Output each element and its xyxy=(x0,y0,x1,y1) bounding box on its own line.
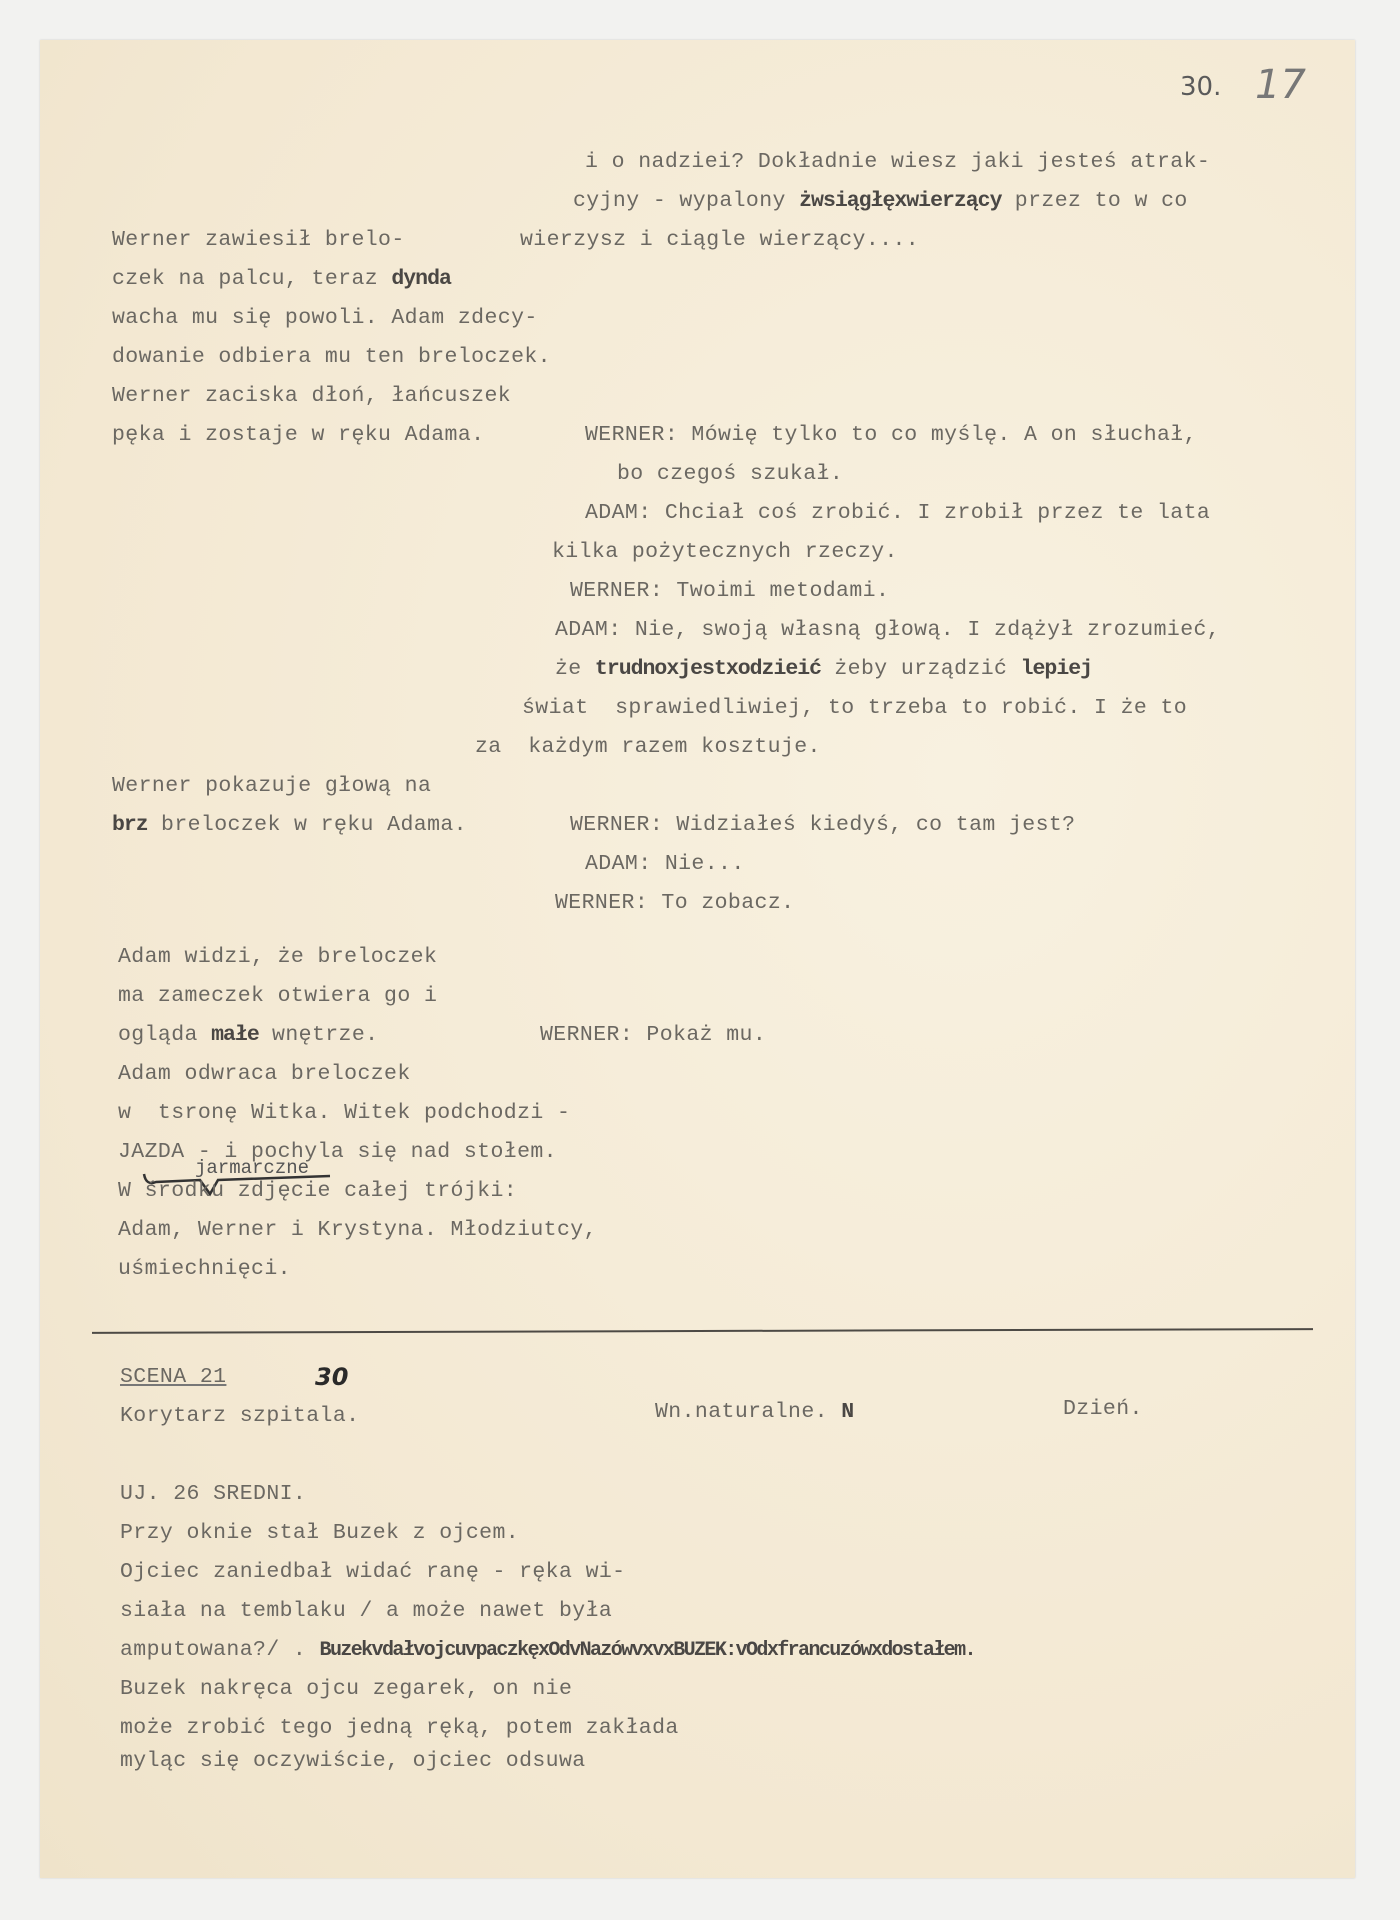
dialogue-line: że trudnoxjestxodzieić żeby urządzić lep… xyxy=(555,657,1092,681)
page-number-typed: 30. xyxy=(1180,72,1221,102)
action-line: Werner zawiesił brelo- xyxy=(112,228,405,252)
text: Wn.naturalne. xyxy=(655,1400,841,1424)
dialogue-line: WERNER: Widziałeś kiedyś, co tam jest? xyxy=(570,813,1075,837)
text: wnętrze. xyxy=(259,1023,379,1047)
dialogue-line: cyjny - wypalony żwsiągłęxwierzący przez… xyxy=(573,189,1188,213)
action-line: W środku zdjęcie całej trójki: xyxy=(118,1179,517,1203)
dialogue-line: WERNER: To zobacz. xyxy=(555,891,794,915)
action-line: czek na palcu, teraz dynda xyxy=(112,267,451,291)
text: czek na palcu, teraz xyxy=(112,267,391,291)
section-divider xyxy=(92,1328,1313,1334)
scene-setting: Wn.naturalne. N xyxy=(655,1400,853,1424)
dialogue-line: kilka pożytecznych rzeczy. xyxy=(552,540,898,564)
dialogue-line: bo czegoś szukał. xyxy=(617,462,843,486)
scene-number-handwritten: 30 xyxy=(315,1363,348,1391)
action-line: JAZDA - i pochyla się nad stołem. xyxy=(118,1140,557,1164)
body-line: siała na temblaku / a może nawet była xyxy=(120,1599,612,1623)
scene-heading: SCENA 21 xyxy=(120,1365,226,1389)
dialogue-line: i o nadziei? Dokładnie wiesz jaki jesteś… xyxy=(585,150,1210,174)
text: przez to w co xyxy=(1001,189,1187,213)
body-line: może zrobić tego jedną ręką, potem zakła… xyxy=(120,1716,679,1740)
body-line: myląc się oczywiście, ojciec odsuwa xyxy=(120,1749,586,1773)
text: ogląda xyxy=(118,1023,211,1047)
action-line: wacha mu się powoli. Adam zdecy- xyxy=(112,306,538,330)
dialogue-line: za każdym razem kosztuje. xyxy=(475,735,821,759)
struck-text: dynda xyxy=(391,267,451,291)
body-line: amputowana?/ . BuzekvdałvojcuvpaczkęxOdv… xyxy=(120,1638,975,1662)
dialogue-line: świat sprawiedliwiej, to trzeba to robić… xyxy=(522,696,1187,720)
dialogue-line: wierzysz i ciągle wierzący.... xyxy=(520,228,919,252)
action-line: dowanie odbiera mu ten breloczek. xyxy=(112,345,551,369)
body-line: Buzek nakręca ojcu zegarek, on nie xyxy=(120,1677,572,1701)
struck-text: małe xyxy=(211,1023,259,1047)
struck-text: brz xyxy=(112,813,148,837)
action-line: Werner zaciska dłoń, łańcuszek xyxy=(112,384,511,408)
page-number-handwritten: 17 xyxy=(1255,62,1306,108)
dialogue-line: WERNER: Twoimi metodami. xyxy=(570,579,889,603)
body-line: Przy oknie stał Buzek z ojcem. xyxy=(120,1521,519,1545)
action-line: Werner pokazuje głową na xyxy=(112,774,431,798)
text: cyjny - wypalony xyxy=(573,189,799,213)
action-line: uśmiechnięci. xyxy=(118,1257,291,1281)
document-page: 30. 17 i o nadziei? Dokładnie wiesz jaki… xyxy=(40,40,1355,1878)
action-line: Adam, Werner i Krystyna. Młodziutcy, xyxy=(118,1218,597,1242)
dialogue-line: ADAM: Nie, swoją własną głową. I zdążył … xyxy=(555,618,1220,642)
body-line: Ojciec zaniedbał widać ranę - ręka wi- xyxy=(120,1560,625,1584)
struck-text: lepiej xyxy=(1021,657,1092,681)
dialogue-line: ADAM: Chciał coś zrobić. I zrobił przez … xyxy=(585,501,1210,525)
text: amputowana?/ . xyxy=(120,1638,320,1662)
action-line: brz breloczek w ręku Adama. xyxy=(112,813,467,837)
text: breloczek w ręku Adama. xyxy=(148,813,467,837)
struck-text: BuzekvdałvojcuvpaczkęxOdvNazówvxvxBUZEK:… xyxy=(320,1639,975,1662)
struck-text: żwsiągłęxwierzący xyxy=(799,189,1001,213)
action-line: ogląda małe wnętrze. xyxy=(118,1023,378,1047)
dialogue-line: WERNER: Mówię tylko to co myślę. A on sł… xyxy=(585,423,1197,447)
action-line: ma zameczek otwiera go i xyxy=(118,984,437,1008)
action-line: Adam widzi, że breloczek xyxy=(118,945,437,969)
text: że xyxy=(555,657,595,681)
scene-time: Dzień. xyxy=(1063,1397,1143,1421)
struck-text: trudnoxjestxodzieić xyxy=(595,657,821,681)
dialogue-line: WERNER: Pokaż mu. xyxy=(540,1023,766,1047)
scene-location: Korytarz szpitala. xyxy=(120,1404,359,1428)
struck-text: N xyxy=(841,1400,853,1424)
action-line: pęka i zostaje w ręku Adama. xyxy=(112,423,484,447)
action-line: Adam odwraca breloczek xyxy=(118,1062,411,1086)
text: żeby urządzić xyxy=(821,657,1021,681)
dialogue-line: ADAM: Nie... xyxy=(585,852,745,876)
shot-line: UJ. 26 SREDNI. xyxy=(120,1482,306,1506)
action-line: w tsronę Witka. Witek podchodzi - xyxy=(118,1101,570,1125)
